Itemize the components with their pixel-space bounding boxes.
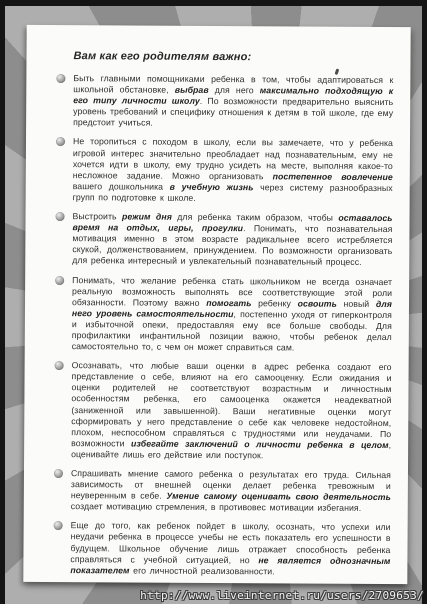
bullet-text: Спрашивать мнение самого ребенка о резул… [71,468,391,514]
list-item: Спрашивать мнение самого ребенка о резул… [54,468,391,514]
sphere-bullet-icon [56,137,65,146]
list-item: Быть главными помощниками ребенка в том,… [56,73,393,131]
sphere-bullet-icon [55,361,64,370]
document-page: Вам как его родителям важно: Быть главны… [23,25,410,584]
sphere-bullet-icon [56,212,65,221]
bullet-text: Быть главными помощниками ребенка в том,… [73,73,393,130]
bullet-list: Быть главными помощниками ребенка в том,… [53,73,393,578]
bullet-text: Выстроить режим дня для ребенка таким об… [72,211,392,268]
bullet-text: Еще до того, как ребенок пойдет в школу,… [70,520,390,577]
list-item: Еще до того, как ребенок пойдет в школу,… [53,520,390,578]
bullet-text: Понимать, что желание ребенка стать школ… [72,275,392,355]
list-item: Понимать, что желание ребенка стать школ… [55,275,392,355]
page-content: Вам как его родителям важно: Быть главны… [53,50,393,586]
list-item: Не торопиться с походом в школу, если вы… [56,136,393,205]
sphere-bullet-icon [54,469,63,478]
list-item: Выстроить режим дня для ребенка таким об… [55,211,392,269]
watermark-url: http://www.liveinternet.ru/users/2709653… [140,589,424,602]
bullet-text: Не торопиться с походом в школу, если вы… [73,137,393,206]
bullet-text: Осознавать, что любые ваши оценки в адре… [71,360,392,462]
list-item: Осознавать, что любые ваши оценки в адре… [54,360,392,462]
photo-frame: Вам как его родителям важно: Быть главны… [0,0,427,604]
sphere-bullet-icon [54,521,63,530]
sphere-bullet-icon [56,74,65,83]
sphere-bullet-icon [55,276,64,285]
page-title: Вам как его родителям важно: [73,50,393,64]
